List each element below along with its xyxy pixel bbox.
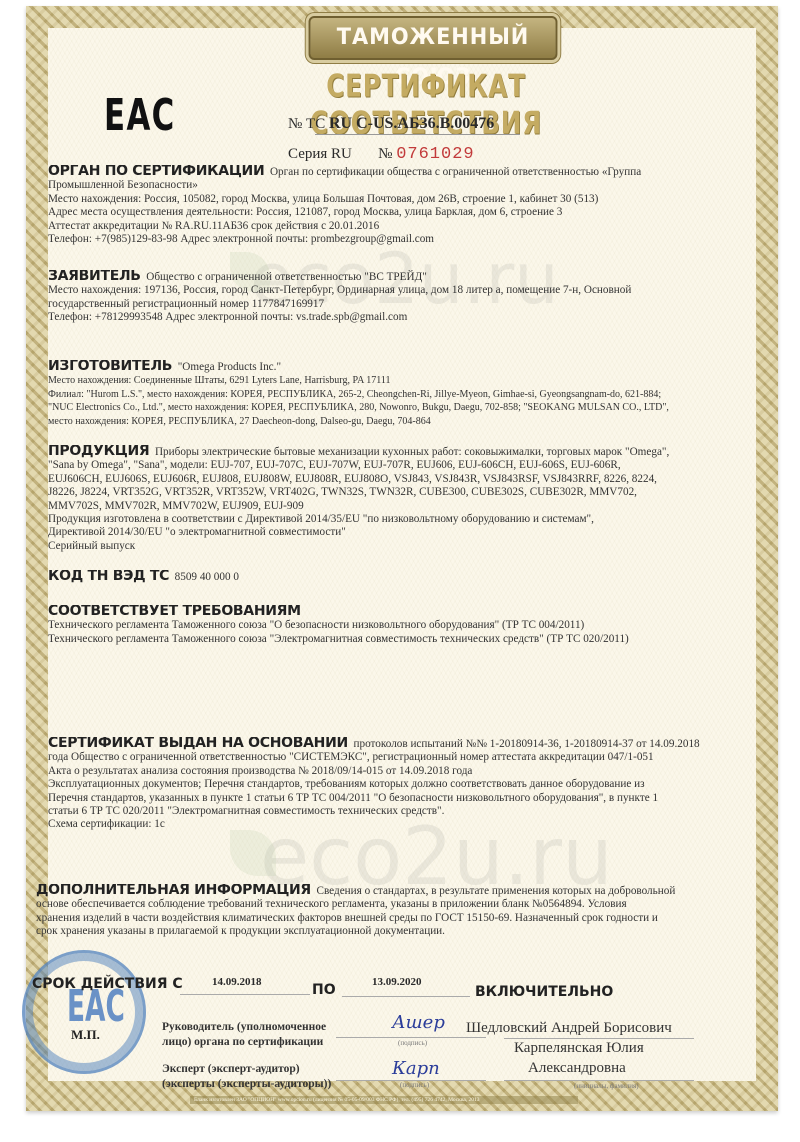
section-additional-info: ДОПОЛНИТЕЛЬНАЯ ИНФОРМАЦИЯ Сведения о ста… (36, 884, 750, 939)
section-line: статьи 6 ТР ТС 020/2011 "Электромагнитна… (48, 805, 750, 818)
cert-number-value: RU C-US.АБ36.В.00476 (329, 115, 494, 132)
section-heading: СЕРТИФИКАТ ВЫДАН НА ОСНОВАНИИ (48, 737, 348, 751)
expert-signature: Карп (392, 1058, 440, 1079)
series-value: RU (331, 146, 352, 162)
section-line: основе обеспечивается соблюдение требова… (36, 898, 750, 911)
section-line: Телефон: +78129993548 Адрес электронной … (48, 311, 750, 324)
section-products: ПРОДУКЦИЯ Приборы электрические бытовые … (48, 445, 750, 553)
validity-inclusive: ВКЛЮЧИТЕЛЬНО (475, 984, 613, 1000)
expert-name-line-2: Александровна (528, 1060, 626, 1077)
hs-code-value: 8509 40 000 0 (175, 571, 239, 583)
section-compliance: СООТВЕТСТВУЕТ ТРЕБОВАНИЯМ Технического р… (48, 605, 750, 646)
validity-to-date: 13.09.2020 (372, 976, 422, 988)
section-line: Технического регламента Таможенного союз… (48, 619, 750, 632)
section-hs-code: КОД ТН ВЭД ТС 8509 40 000 0 (48, 570, 750, 584)
section-line: срок хранения указаны в прилагаемой к пр… (36, 925, 750, 938)
section-line: "Sana by Omega", "Sana", модели: EUJ-707… (48, 459, 750, 472)
section-line: Акта о результатах анализа состояния про… (48, 765, 750, 778)
validity-to-label: ПО (312, 982, 336, 998)
section-line: Сведения о стандартах, в результате прим… (317, 885, 676, 897)
expert-label: Эксперт (эксперт-аудитор) (эксперты (экс… (162, 1062, 331, 1092)
section-heading: ПРОДУКЦИЯ (48, 445, 149, 459)
signature-line (336, 1037, 486, 1038)
head-name: Шедловский Андрей Борисович (466, 1020, 672, 1037)
signature-caption: (подпись) (400, 1081, 429, 1089)
section-line: Место нахождения: 197136, Россия, город … (48, 284, 750, 297)
divider (180, 994, 310, 995)
section-certification-body: ОРГАН ПО СЕРТИФИКАЦИИ Орган по сертифика… (48, 165, 750, 246)
section-line: J8226, J8224, VRT352G, VRT352R, VRT352W,… (48, 486, 750, 499)
validity-from-label: СРОК ДЕЙСТВИЯ С (32, 976, 183, 992)
label-line: (эксперты (эксперты-аудиторы)) (162, 1077, 331, 1092)
section-line: Продукция изготовлена в соответствии с Д… (48, 513, 750, 526)
section-manufacturer: ИЗГОТОВИТЕЛЬ "Omega Products Inc." Место… (48, 360, 750, 428)
section-line: года Общество с ограниченной ответственн… (48, 751, 750, 764)
section-line: Эксплуатационных документов; Перечня ста… (48, 778, 750, 791)
section-line: Перечня стандартов, указанных в пункте 1… (48, 792, 750, 805)
section-heading: ОРГАН ПО СЕРТИФИКАЦИИ (48, 165, 264, 179)
section-line: "NUC Electronics Co., Ltd.", место нахож… (48, 401, 750, 414)
section-line: MMV702S, MMV702R, MMV702W, EUJ909, EUJ-9… (48, 500, 750, 513)
section-line: Место нахождения: Соединенные Штаты, 629… (48, 374, 750, 387)
label-line: лицо) органа по сертификации (162, 1035, 326, 1050)
section-line: "Omega Products Inc." (178, 361, 281, 373)
section-line: Филиал: "Hurom L.S.", место нахождения: … (48, 388, 750, 401)
section-heading: ЗАЯВИТЕЛЬ (48, 270, 141, 284)
blank-number-value: 0761029 (396, 145, 474, 164)
blank-number-label: № (378, 146, 392, 162)
initials-caption: (инициалы, фамилия) (574, 1082, 639, 1090)
section-line: EUJ606CH, EUJ606S, EUJ606R, EUJ808, EUJ8… (48, 473, 750, 486)
cert-number-label: № ТС (288, 116, 325, 132)
section-line: место нахождения: КОРЕЯ, РЕСПУБЛИКА, 27 … (48, 415, 750, 428)
section-line: Приборы электрические бытовые механизаци… (155, 446, 669, 458)
name-line (504, 1080, 694, 1081)
section-line: Общество с ограниченной ответственностью… (146, 271, 427, 283)
section-heading: СООТВЕТСТВУЕТ ТРЕБОВАНИЯМ (48, 605, 301, 619)
section-line: Технического регламента Таможенного союз… (48, 633, 750, 646)
customs-union-banner: ТАМОЖЕННЫЙ СОЮЗ (309, 16, 558, 60)
label-line: Эксперт (эксперт-аудитор) (162, 1062, 331, 1077)
section-line: государственный регистрационный номер 11… (48, 298, 750, 311)
expert-name-line-1: Карпелянская Юлия (514, 1040, 644, 1057)
section-line: Промышленной Безопасности» (48, 179, 750, 192)
signature-caption: (подпись) (398, 1039, 427, 1047)
divider (315, 134, 520, 135)
printer-imprint: Бланк изготовлен ЗАО "ОПЦИОН" www.opcion… (190, 1096, 578, 1104)
section-heading: КОД ТН ВЭД ТС (48, 570, 169, 584)
certificate-number: № ТС RU C-US.АБ36.В.00476 (288, 115, 494, 133)
section-line: Адрес места осуществления деятельности: … (48, 206, 750, 219)
validity-period: СРОК ДЕЙСТВИЯ С 14.09.2018 ПО 13.09.2020… (30, 976, 770, 1002)
section-line: хранения изделий в части воздействия кли… (36, 912, 750, 925)
eac-logo: EAC (104, 90, 176, 141)
series-number: Серия RU № 0761029 (288, 145, 475, 164)
divider (342, 996, 470, 997)
section-basis: СЕРТИФИКАТ ВЫДАН НА ОСНОВАНИИ протоколов… (48, 737, 750, 832)
series-label: Серия (288, 146, 327, 162)
section-line: Схема сертификации: 1с (48, 818, 750, 831)
section-applicant: ЗАЯВИТЕЛЬ Общество с ограниченной ответс… (48, 270, 750, 325)
section-heading: ИЗГОТОВИТЕЛЬ (48, 360, 172, 374)
official-stamp: EAC М.П. (22, 950, 146, 1074)
label-line: Руководитель (уполномоченное (162, 1020, 326, 1035)
name-line (504, 1038, 694, 1039)
validity-from-date: 14.09.2018 (212, 976, 262, 988)
section-heading: ДОПОЛНИТЕЛЬНАЯ ИНФОРМАЦИЯ (36, 884, 311, 898)
section-line: Место нахождения: Россия, 105082, город … (48, 193, 750, 206)
stamp-label: М.П. (71, 1027, 100, 1043)
section-line: Директивой 2014/30/EU "о электромагнитно… (48, 526, 750, 539)
section-line: протоколов испытаний №№ 1-20180914-36, 1… (354, 738, 700, 750)
section-line: Аттестат аккредитации № RA.RU.11АБ36 сро… (48, 220, 750, 233)
section-line: Орган по сертификации общества с огранич… (270, 166, 641, 178)
section-line: Телефон: +7(985)129-83-98 Адрес электрон… (48, 233, 750, 246)
head-of-body-label: Руководитель (уполномоченное лицо) орган… (162, 1020, 326, 1050)
section-line: Серийный выпуск (48, 540, 750, 553)
head-signature: Ашер (392, 1012, 445, 1033)
